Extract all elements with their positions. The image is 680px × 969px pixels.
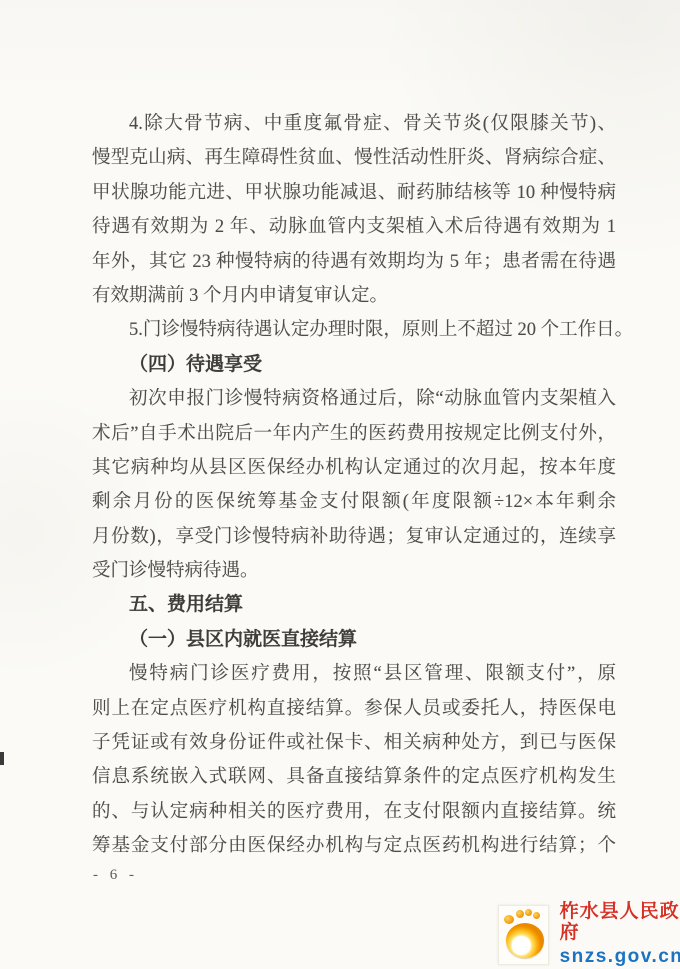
text-line: 信息系统嵌入式联网、具备直接结算条件的定点医疗机构发生 (92, 760, 616, 794)
scan-edge-artifact (0, 752, 4, 765)
text-line: 年外，其它 23 种慢特病的待遇有效期均为 5 年；患者需在待遇 (92, 245, 616, 279)
text-line: 的、与认定病种相关的医疗费用，在支付限额内直接结算。统 (92, 795, 616, 829)
text-line: 受门诊慢特病待遇。 (92, 554, 616, 588)
document-body: 4.除大骨节病、中重度氟骨症、骨关节炎(仅限膝关节)、慢型克山病、再生障碍性贫血… (92, 107, 616, 864)
text-line: 术后”自手术出院后一年内产生的医药费用按规定比例支付外， (92, 417, 616, 451)
text-line: 筹基金支付部分由医保经办机构与定点医药机构进行结算；个 (92, 829, 616, 863)
text-line: 其它病种均从县区医保经办机构认定通过的次月起，按本年度 (92, 451, 616, 485)
text-line: 则上在定点医疗机构直接结算。参保人员或委托人，持医保电 (92, 692, 616, 726)
text-line: 甲状腺功能亢进、甲状腺功能减退、耐药肺结核等 10 种慢特病 (92, 176, 616, 210)
text-line: 剩余月份的医保统筹基金支付限额(年度限额÷12×本年剩余 (92, 485, 616, 519)
text-line: 月份数)，享受门诊慢特病补助待遇；复审认定通过的，连续享 (92, 520, 616, 554)
text-line: 4.除大骨节病、中重度氟骨症、骨关节炎(仅限膝关节)、 (92, 107, 616, 141)
text-line: 慢型克山病、再生障碍性贫血、慢性活动性肝炎、肾病综合症、 (92, 141, 616, 175)
text-line: 慢特病门诊医疗费用，按照“县区管理、限额支付”，原 (92, 657, 616, 691)
gov-site-name: 柞水县人民政府 (560, 902, 680, 944)
text-line: （四）待遇享受 (92, 348, 616, 382)
gov-site-text: 柞水县人民政府 snzs.gov.cn (560, 902, 680, 968)
text-line: （一）县区内就医直接结算 (92, 623, 616, 657)
text-line: 有效期满前 3 个月内申请复审认定。 (92, 279, 616, 313)
document-page: 4.除大骨节病、中重度氟骨症、骨关节炎(仅限膝关节)、慢型克山病、再生障碍性贫血… (0, 0, 680, 969)
page-number: - 6 - (93, 867, 138, 884)
footprint-icon (498, 905, 549, 965)
text-line: 子凭证或有效身份证件或社保卡、相关病种处方，到已与医保 (92, 726, 616, 760)
text-line: 待遇有效期为 2 年、动脉血管内支架植入术后待遇有效期为 1 (92, 210, 616, 244)
text-line: 五、费用结算 (92, 588, 616, 622)
gov-site-logo[interactable]: 柞水县人民政府 snzs.gov.cn (498, 902, 680, 968)
gov-site-url: snzs.gov.cn (560, 947, 680, 968)
text-line: 5.门诊慢特病待遇认定办理时限，原则上不超过 20 个工作日。 (92, 313, 616, 347)
text-line: 初次申报门诊慢特病资格通过后，除“动脉血管内支架植入 (92, 382, 616, 416)
